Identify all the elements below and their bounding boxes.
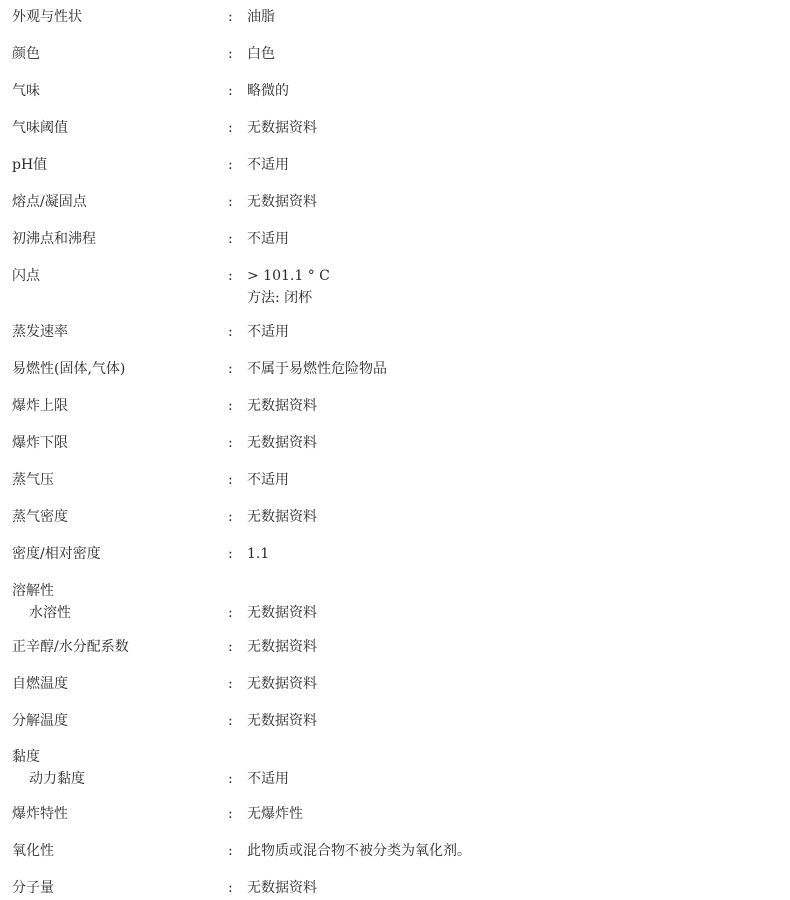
property-label: 黏度 动力黏度 xyxy=(12,746,85,790)
separator-colon: : xyxy=(228,768,233,790)
property-label: 颜色 xyxy=(12,43,40,65)
property-value: 无数据资料 xyxy=(247,710,317,732)
flash-point-method: 方法: 闭杯 xyxy=(247,287,330,309)
property-value: 无数据资料 xyxy=(247,506,317,528)
solubility-group-label: 溶解性 xyxy=(12,583,54,599)
property-label: 氧化性 xyxy=(12,840,54,862)
property-label: 密度/相对密度 xyxy=(12,543,101,565)
property-label: 分子量 xyxy=(12,877,54,899)
property-label: 蒸发速率 xyxy=(12,321,68,343)
separator-colon: : xyxy=(228,191,233,213)
property-label: pH值 xyxy=(12,154,47,176)
property-value: 不适用 xyxy=(247,469,289,491)
separator-colon: : xyxy=(228,228,233,250)
property-label: 自燃温度 xyxy=(12,673,68,695)
property-value: 不属于易燃性危险物品 xyxy=(247,358,387,380)
separator-colon: : xyxy=(228,803,233,825)
separator-colon: : xyxy=(228,506,233,528)
property-label: 分解温度 xyxy=(12,710,68,732)
separator-colon: : xyxy=(228,840,233,862)
property-value: 无数据资料 xyxy=(247,673,317,695)
property-value: 白色 xyxy=(247,43,275,65)
property-value: 无数据资料 xyxy=(247,191,317,213)
physical-chemical-properties-document: 外观与性状 : 油脂 颜色 : 白色 气味 : 略微的 气味阈值 : 无数据资料… xyxy=(0,0,790,900)
property-value: 此物质或混合物不被分类为氧化剂。 xyxy=(247,840,471,862)
property-label: 蒸气压 xyxy=(12,469,54,491)
property-value: 略微的 xyxy=(247,80,289,102)
property-value: 无爆炸性 xyxy=(247,803,303,825)
separator-colon: : xyxy=(228,321,233,343)
separator-colon: : xyxy=(228,265,233,287)
separator-colon: : xyxy=(228,602,233,624)
property-value: 无数据资料 xyxy=(247,395,317,417)
separator-colon: : xyxy=(228,877,233,899)
dynamic-viscosity-label: 动力黏度 xyxy=(12,768,85,790)
separator-colon: : xyxy=(228,543,233,565)
property-label: 闪点 xyxy=(12,265,40,287)
separator-colon: : xyxy=(228,6,233,28)
property-value: 无数据资料 xyxy=(247,636,317,658)
separator-colon: : xyxy=(228,432,233,454)
separator-colon: : xyxy=(228,43,233,65)
water-solubility-label: 水溶性 xyxy=(12,602,71,624)
property-label: 熔点/凝固点 xyxy=(12,191,87,213)
separator-colon: : xyxy=(228,636,233,658)
property-value: 无数据资料 xyxy=(247,117,317,139)
property-value: 无数据资料 xyxy=(247,877,317,899)
property-value: 无数据资料 xyxy=(247,432,317,454)
separator-colon: : xyxy=(228,117,233,139)
property-label: 外观与性状 xyxy=(12,6,82,28)
property-value: 无数据资料 xyxy=(247,602,317,624)
property-value: 不适用 xyxy=(247,768,289,790)
property-value: 油脂 xyxy=(247,6,275,28)
property-value: 不适用 xyxy=(247,228,289,250)
property-label: 气味 xyxy=(12,80,40,102)
property-value: > 101.1 ° C 方法: 闭杯 xyxy=(247,265,330,309)
property-label: 爆炸上限 xyxy=(12,395,68,417)
property-value: 不适用 xyxy=(247,154,289,176)
property-label: 蒸气密度 xyxy=(12,506,68,528)
property-value: 不适用 xyxy=(247,321,289,343)
separator-colon: : xyxy=(228,358,233,380)
property-label: 溶解性 水溶性 xyxy=(12,580,71,624)
property-label: 初沸点和沸程 xyxy=(12,228,96,250)
property-value: 1.1 xyxy=(247,543,269,565)
separator-colon: : xyxy=(228,154,233,176)
flash-point-value: > 101.1 ° C xyxy=(247,268,330,284)
viscosity-group-label: 黏度 xyxy=(12,749,40,765)
property-label: 气味阈值 xyxy=(12,117,68,139)
property-label: 易燃性(固体,气体) xyxy=(12,358,125,380)
property-label: 爆炸特性 xyxy=(12,803,68,825)
separator-colon: : xyxy=(228,710,233,732)
property-label: 爆炸下限 xyxy=(12,432,68,454)
property-label: 正辛醇/水分配系数 xyxy=(12,636,129,658)
separator-colon: : xyxy=(228,469,233,491)
separator-colon: : xyxy=(228,673,233,695)
separator-colon: : xyxy=(228,80,233,102)
separator-colon: : xyxy=(228,395,233,417)
